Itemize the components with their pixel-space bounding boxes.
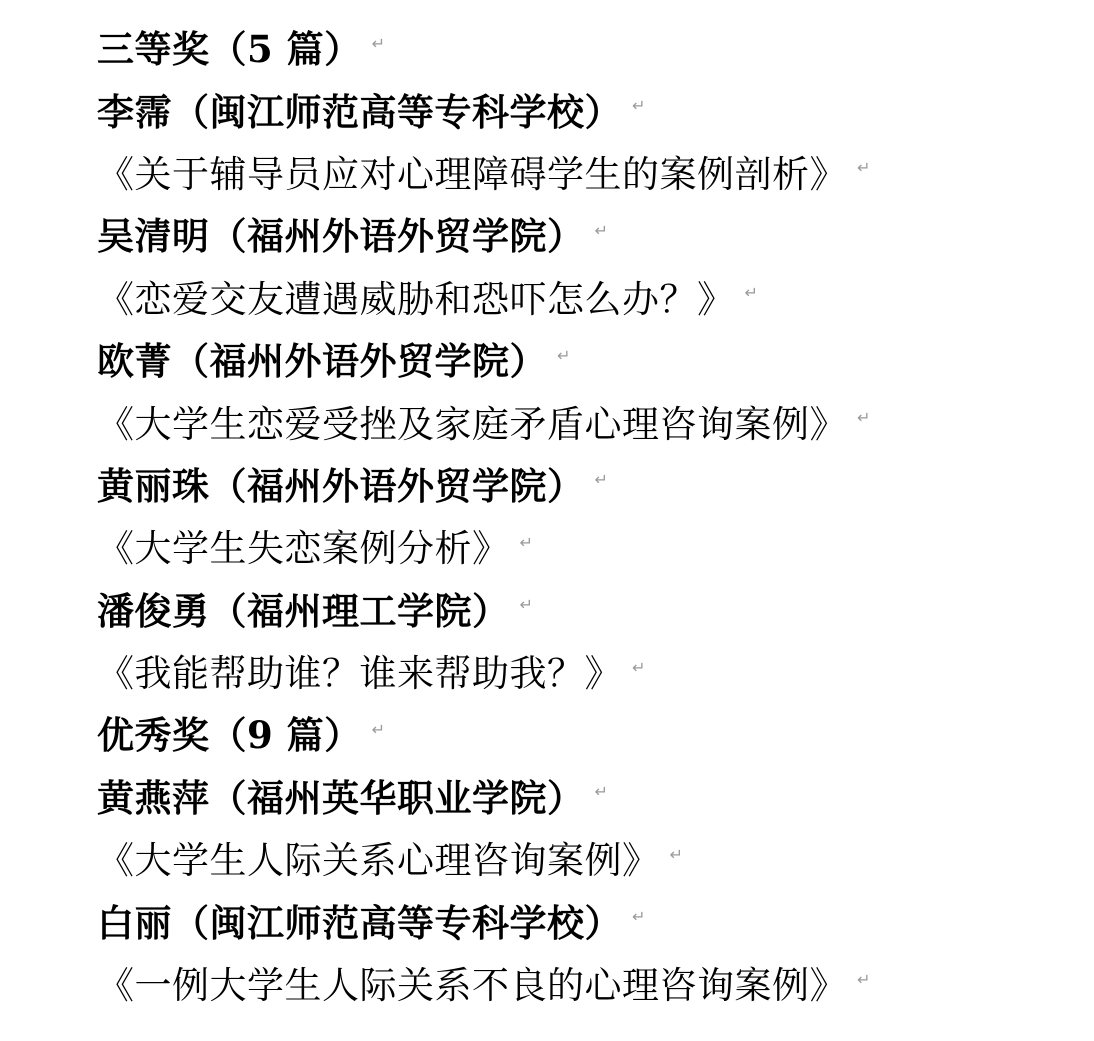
paragraph-mark-icon: ↵ — [520, 533, 534, 552]
paragraph-text: 李霈（闽江师范高等专科学校） — [97, 82, 622, 136]
paragraph-line-title: 《恋爱交友遭遇威胁和恐吓怎么办？》 ↵ — [97, 265, 1094, 327]
award-list: 三等奖（5 篇） ↵ 李霈（闽江师范高等专科学校） ↵ 《关于辅导员应对心理障碍… — [0, 0, 1094, 1013]
paragraph-line-name: 潘俊勇（福州理工学院） ↵ — [97, 577, 1094, 639]
paragraph-text: 《我能帮助谁？谁来帮助我？》 — [97, 643, 622, 697]
document-page: 三等奖（5 篇） ↵ 李霈（闽江师范高等专科学校） ↵ 《关于辅导员应对心理障碍… — [0, 0, 1094, 1041]
paragraph-text: 《关于辅导员应对心理障碍学生的案例剖析》 — [97, 144, 847, 198]
paragraph-text: 潘俊勇（福州理工学院） — [97, 581, 510, 635]
paragraph-mark-icon: ↵ — [632, 658, 646, 677]
paragraph-text: 《大学生恋爱受挫及家庭矛盾心理咨询案例》 — [97, 394, 847, 448]
paragraph-line-name: 黄燕萍（福州英华职业学院） ↵ — [97, 764, 1094, 826]
paragraph-line-title: 《大学生恋爱受挫及家庭矛盾心理咨询案例》 ↵ — [97, 389, 1094, 451]
paragraph-line-name: 黄丽珠（福州外语外贸学院） ↵ — [97, 452, 1094, 514]
paragraph-mark-icon: ↵ — [670, 845, 684, 864]
paragraph-text: 《一例大学生人际关系不良的心理咨询案例》 — [97, 955, 847, 1009]
paragraph-line-title: 《我能帮助谁？谁来帮助我？》 ↵ — [97, 639, 1094, 701]
paragraph-mark-icon: ↵ — [745, 283, 759, 302]
paragraph-line-name: 欧菁（福州外语外贸学院） ↵ — [97, 327, 1094, 389]
paragraph-text: 优秀奖（9 篇） — [97, 705, 362, 759]
paragraph-line-name: 李霈（闽江师范高等专科学校） ↵ — [97, 77, 1094, 139]
paragraph-mark-icon: ↵ — [372, 720, 386, 739]
paragraph-mark-icon: ↵ — [857, 408, 871, 427]
paragraph-text: 吴清明（福州外语外贸学院） — [97, 206, 585, 260]
paragraph-line-title: 《大学生失恋案例分析》 ↵ — [97, 514, 1094, 576]
paragraph-line-title: 《一例大学生人际关系不良的心理咨询案例》 ↵ — [97, 951, 1094, 1013]
paragraph-line-title: 《大学生人际关系心理咨询案例》 ↵ — [97, 826, 1094, 888]
paragraph-mark-icon: ↵ — [595, 221, 609, 240]
paragraph-text: 黄燕萍（福州英华职业学院） — [97, 768, 585, 822]
paragraph-line-heading: 三等奖（5 篇） ↵ — [97, 15, 1094, 77]
paragraph-mark-icon: ↵ — [595, 782, 609, 801]
paragraph-text: 《大学生人际关系心理咨询案例》 — [97, 830, 660, 884]
paragraph-mark-icon: ↵ — [520, 595, 534, 614]
paragraph-text: 欧菁（福州外语外贸学院） — [97, 331, 547, 385]
paragraph-text: 《恋爱交友遭遇威胁和恐吓怎么办？》 — [97, 269, 735, 323]
paragraph-text: 《大学生失恋案例分析》 — [97, 518, 510, 572]
paragraph-mark-icon: ↵ — [595, 470, 609, 489]
paragraph-mark-icon: ↵ — [372, 34, 386, 53]
paragraph-line-title: 《关于辅导员应对心理障碍学生的案例剖析》 ↵ — [97, 140, 1094, 202]
paragraph-line-heading: 优秀奖（9 篇） ↵ — [97, 701, 1094, 763]
paragraph-mark-icon: ↵ — [632, 907, 646, 926]
paragraph-line-name: 白丽（闽江师范高等专科学校） ↵ — [97, 888, 1094, 950]
paragraph-text: 黄丽珠（福州外语外贸学院） — [97, 456, 585, 510]
paragraph-mark-icon: ↵ — [857, 970, 871, 989]
paragraph-text: 白丽（闽江师范高等专科学校） — [97, 893, 622, 947]
paragraph-mark-icon: ↵ — [857, 158, 871, 177]
paragraph-text: 三等奖（5 篇） — [97, 19, 362, 73]
paragraph-mark-icon: ↵ — [557, 346, 571, 365]
paragraph-mark-icon: ↵ — [632, 96, 646, 115]
paragraph-line-name: 吴清明（福州外语外贸学院） ↵ — [97, 202, 1094, 264]
